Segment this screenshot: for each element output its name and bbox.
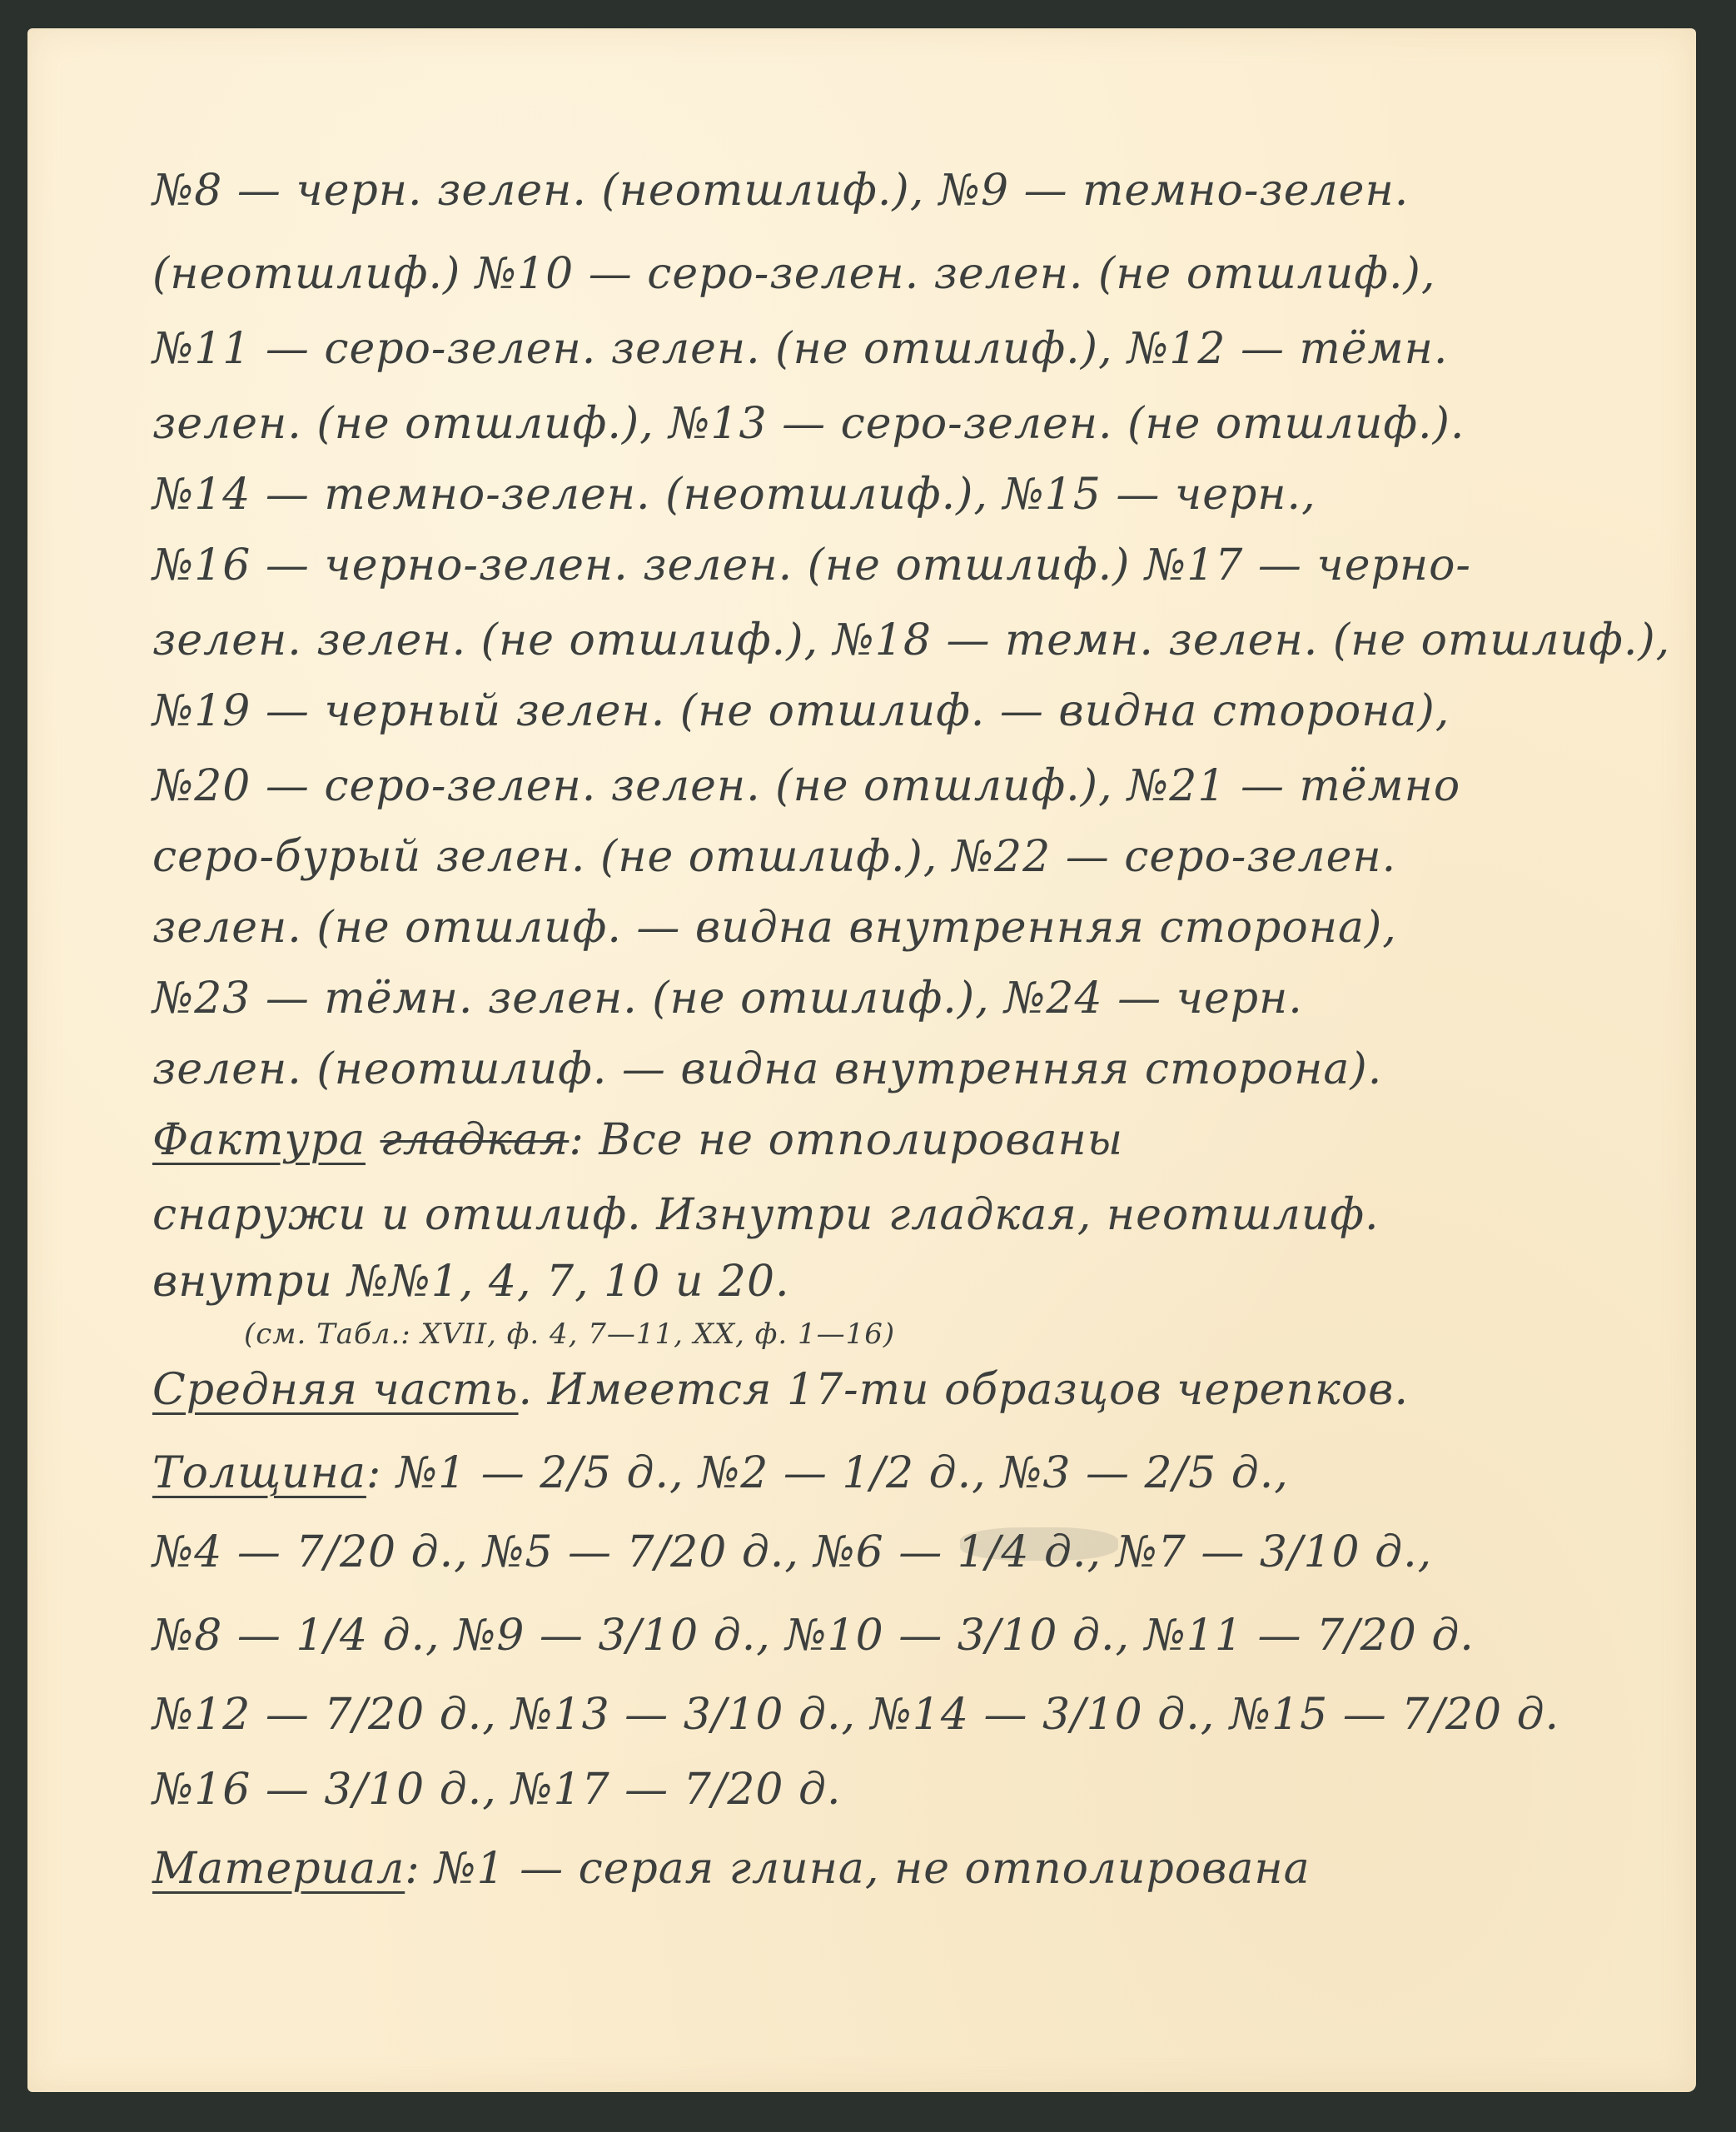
text-line: : №1 — серая глина, не отполирована: [405, 1844, 1310, 1894]
text-line: : №1 — 2/5 д., №2 — 1/2 д., №3 — 2/5 д.,: [366, 1448, 1289, 1498]
text-line: №20 — серо-зелен. зелен. (не отшлиф.), №…: [152, 761, 1460, 811]
text-line: №19 — черный зелен. (не отшлиф. — видна …: [152, 686, 1450, 736]
text-line: №23 — тёмн. зелен. (не отшлиф.), №24 — ч…: [152, 974, 1303, 1024]
section-heading: Толщина: [152, 1448, 366, 1498]
text-line: : Все не отполированы: [569, 1115, 1123, 1165]
struck-word: гладкая: [381, 1115, 570, 1165]
text-line: серо-бурый зелен. (не отшлиф.), №22 — се…: [152, 832, 1396, 882]
text-line: зелен. (неотшлиф. — видна внутренняя сто…: [152, 1044, 1382, 1094]
section-heading: Материал: [152, 1844, 405, 1894]
text-line: внутри №№1, 4, 7, 10 и 20.: [152, 1257, 790, 1307]
text-line: . Имеется 17-ти образцов черепков.: [519, 1365, 1409, 1415]
text-line: №4 — 7/20 д., №5 — 7/20 д., №6 — 1/4 д.,…: [152, 1527, 1432, 1577]
text-line: №12 — 7/20 д., №13 — 3/10 д., №14 — 3/10…: [152, 1690, 1559, 1740]
text-line: №14 — темно-зелен. (неотшлиф.), №15 — че…: [152, 470, 1316, 520]
section-texture: Фактура гладкая: Все не отполированы: [152, 1115, 1123, 1165]
text-line: №16 — 3/10 д., №17 — 7/20 д.: [152, 1765, 842, 1815]
section-heading: Средняя часть: [152, 1365, 519, 1415]
text-line: №8 — черн. зелен. (неотшлиф.), №9 — темн…: [152, 166, 1409, 216]
reference-note: (см. Табл.: XVII, ф. 4, 7—11, XX, ф. 1—1…: [244, 1318, 895, 1351]
text-line: зелен. зелен. (не отшлиф.), №18 — темн. …: [152, 615, 1670, 665]
text-line: снаружи и отшлиф. Изнутри гладкая, неотш…: [152, 1190, 1380, 1240]
text-line: зелен. (не отшлиф.), №13 — серо-зелен. (…: [152, 399, 1465, 449]
text-line: зелен. (не отшлиф. — видна внутренняя ст…: [152, 903, 1397, 953]
section-heading: Фактура: [152, 1115, 366, 1165]
text-line: (неотшлиф.) №10 — серо-зелен. зелен. (не…: [152, 249, 1435, 299]
manuscript-page: №8 — черн. зелен. (неотшлиф.), №9 — темн…: [27, 28, 1696, 2092]
text-line: №11 — серо-зелен. зелен. (не отшлиф.), №…: [152, 324, 1448, 374]
section-thickness: Толщина: №1 — 2/5 д., №2 — 1/2 д., №3 — …: [152, 1448, 1289, 1498]
text-line: №16 — черно-зелен. зелен. (не отшлиф.) №…: [152, 540, 1471, 590]
section-middle: Средняя часть. Имеется 17-ти образцов че…: [152, 1365, 1409, 1415]
section-material: Материал: №1 — серая глина, не отполиров…: [152, 1844, 1311, 1894]
text-line: №8 — 1/4 д., №9 — 3/10 д., №10 — 3/10 д.…: [152, 1611, 1475, 1661]
